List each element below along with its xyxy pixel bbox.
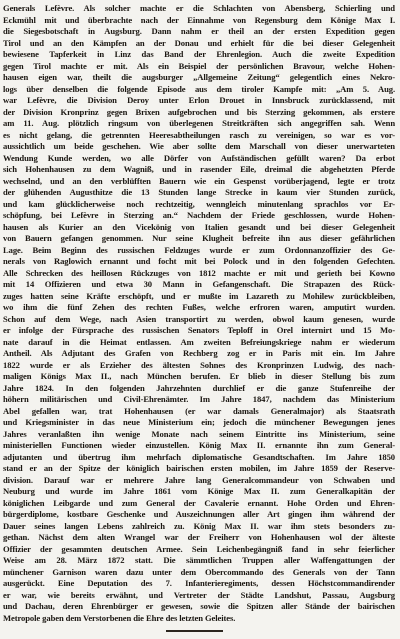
text-line: wechselnd, und an den verblüfften Bauern… [3,176,395,188]
text-line: maligen Königs Max II., nach München ber… [3,371,395,383]
text-line: höhern militärischen und Civil-Ehrenämte… [3,394,395,406]
text-line: Jahre 1824. In den folgenden Jahrzehnten… [3,383,395,395]
text-line: adjutanten und übertrug ihm mehrfach dip… [3,452,395,464]
text-line: hausen eigen war, theilt die augsburger … [3,72,395,84]
text-line: Metropole gaben dem Verstorbenen die Ehr… [3,613,395,625]
scanned-page: Generals Lefèvre. Als solcher machte er … [0,0,400,639]
text-line: von Bauern gefangen genommen. Nur seine … [3,233,395,245]
text-line: und kam glücklicherweise noch rechtzeiti… [3,199,395,211]
text-line: aussichtlich um beide geschehen. Wie abe… [3,141,395,153]
text-line: und Kriegsminister in das neue Ministeri… [3,417,395,429]
text-line: bewiesene Tapferkeit in Linz das Band de… [3,49,395,61]
text-line: Abel gefallen war, trat Hohenhausen (er … [3,406,395,418]
text-line: Neuburg und wurde im Jahre 1861 vom Köni… [3,486,395,498]
text-line: königlichen Leibgarde und zum General de… [3,498,395,510]
text-line: Schon auf dem Wege, nach Asien transport… [3,314,395,326]
text-line: die Siegesbotschaft in Augsburg. Dann na… [3,26,395,38]
text-line: bürgerdiplome, kostbare Geschenke und Au… [3,509,395,521]
text-line: Offizier der gesammten deutschen Armee. … [3,544,395,556]
text-line: mit 14 Offizieren und etwa 30 Mann in Ge… [3,279,395,291]
text-line: münchener Garnison waren dazu unter dem … [3,567,395,579]
text-line: Dauer seines langen Lebens zahlreich zu.… [3,521,395,533]
text-line: Wendung Kunde werden, wo alle Dörfer von… [3,153,395,165]
text-line: war Lefèvre, die Division Deroy unter Er… [3,95,395,107]
text-line: der Division Kronprinz gegen Brixen aufg… [3,107,395,119]
text-line: zuges hatten seine Kräfte erschöpft, und… [3,291,395,303]
text-line: und Dachau, deren Ehrenbürger er gewesen… [3,601,395,613]
body-text: Generals Lefèvre. Als solcher machte er … [3,3,395,624]
text-line: gethan. Nächst dem alten Wrangel war der… [3,532,395,544]
text-line: nerals von Raglowich ernannt und focht m… [3,256,395,268]
text-line: stand er an der Spitze der königlich bai… [3,463,395,475]
text-line: ausgerückt. Eine Deputation des 7. Infan… [3,578,395,590]
text-line: sich Hohenhausen zu dem Wagniß, und in r… [3,164,395,176]
text-line: Tirol und an den Kämpfen an der Donau un… [3,38,395,50]
text-line: gegen Tirol machte er mit. Als ein Beisp… [3,61,395,73]
text-line: hausen als Kurier an den Vicekönig von I… [3,222,395,234]
text-line: der glühenden Augusthitze die 13 Stunden… [3,187,395,199]
text-line: er war, wie bereits erwähnt, und Vertret… [3,590,395,602]
text-line: Lage. Beim Beginn des russischen Feldzug… [3,245,395,257]
text-line: Antheil. Als Adjutant des Grafen von Rec… [3,348,395,360]
text-line: Weise am 28. März 1872 statt. Die sämmtl… [3,555,395,567]
section-divider [166,630,223,632]
text-line: 1822 wurde er als Erzieher des ältesten … [3,360,395,372]
text-line: am 11. Aug. plötzlich ringsum von überle… [3,118,395,130]
text-line: division. Darauf war er mehrere Jahre la… [3,475,395,487]
text-line: ministeriellen Functionen wieder einzust… [3,440,395,452]
text-line: Alle Schrecken des heillosen Rückzuges v… [3,268,395,280]
text-line: schöpfung, bei Lefèvre in Sterzing an.“ … [3,210,395,222]
text-line: Eckmühl mit und überbrachte nach der Ein… [3,15,395,27]
text-line: logs über denselben die folgende Episode… [3,84,395,96]
text-line: es nicht gelang, die getrennten Heeresab… [3,130,395,142]
text-line: wo ihm die fünf Zehen des rechten Fußes,… [3,302,395,314]
text-line: er infolge der Fürsprache des russischen… [3,325,395,337]
text-line: nate darauf in die Heimat entlassen. Am … [3,337,395,349]
text-line: Generals Lefèvre. Als solcher machte er … [3,3,395,15]
text-line: Jahres veranlaßten ihn wenige Monate nac… [3,429,395,441]
